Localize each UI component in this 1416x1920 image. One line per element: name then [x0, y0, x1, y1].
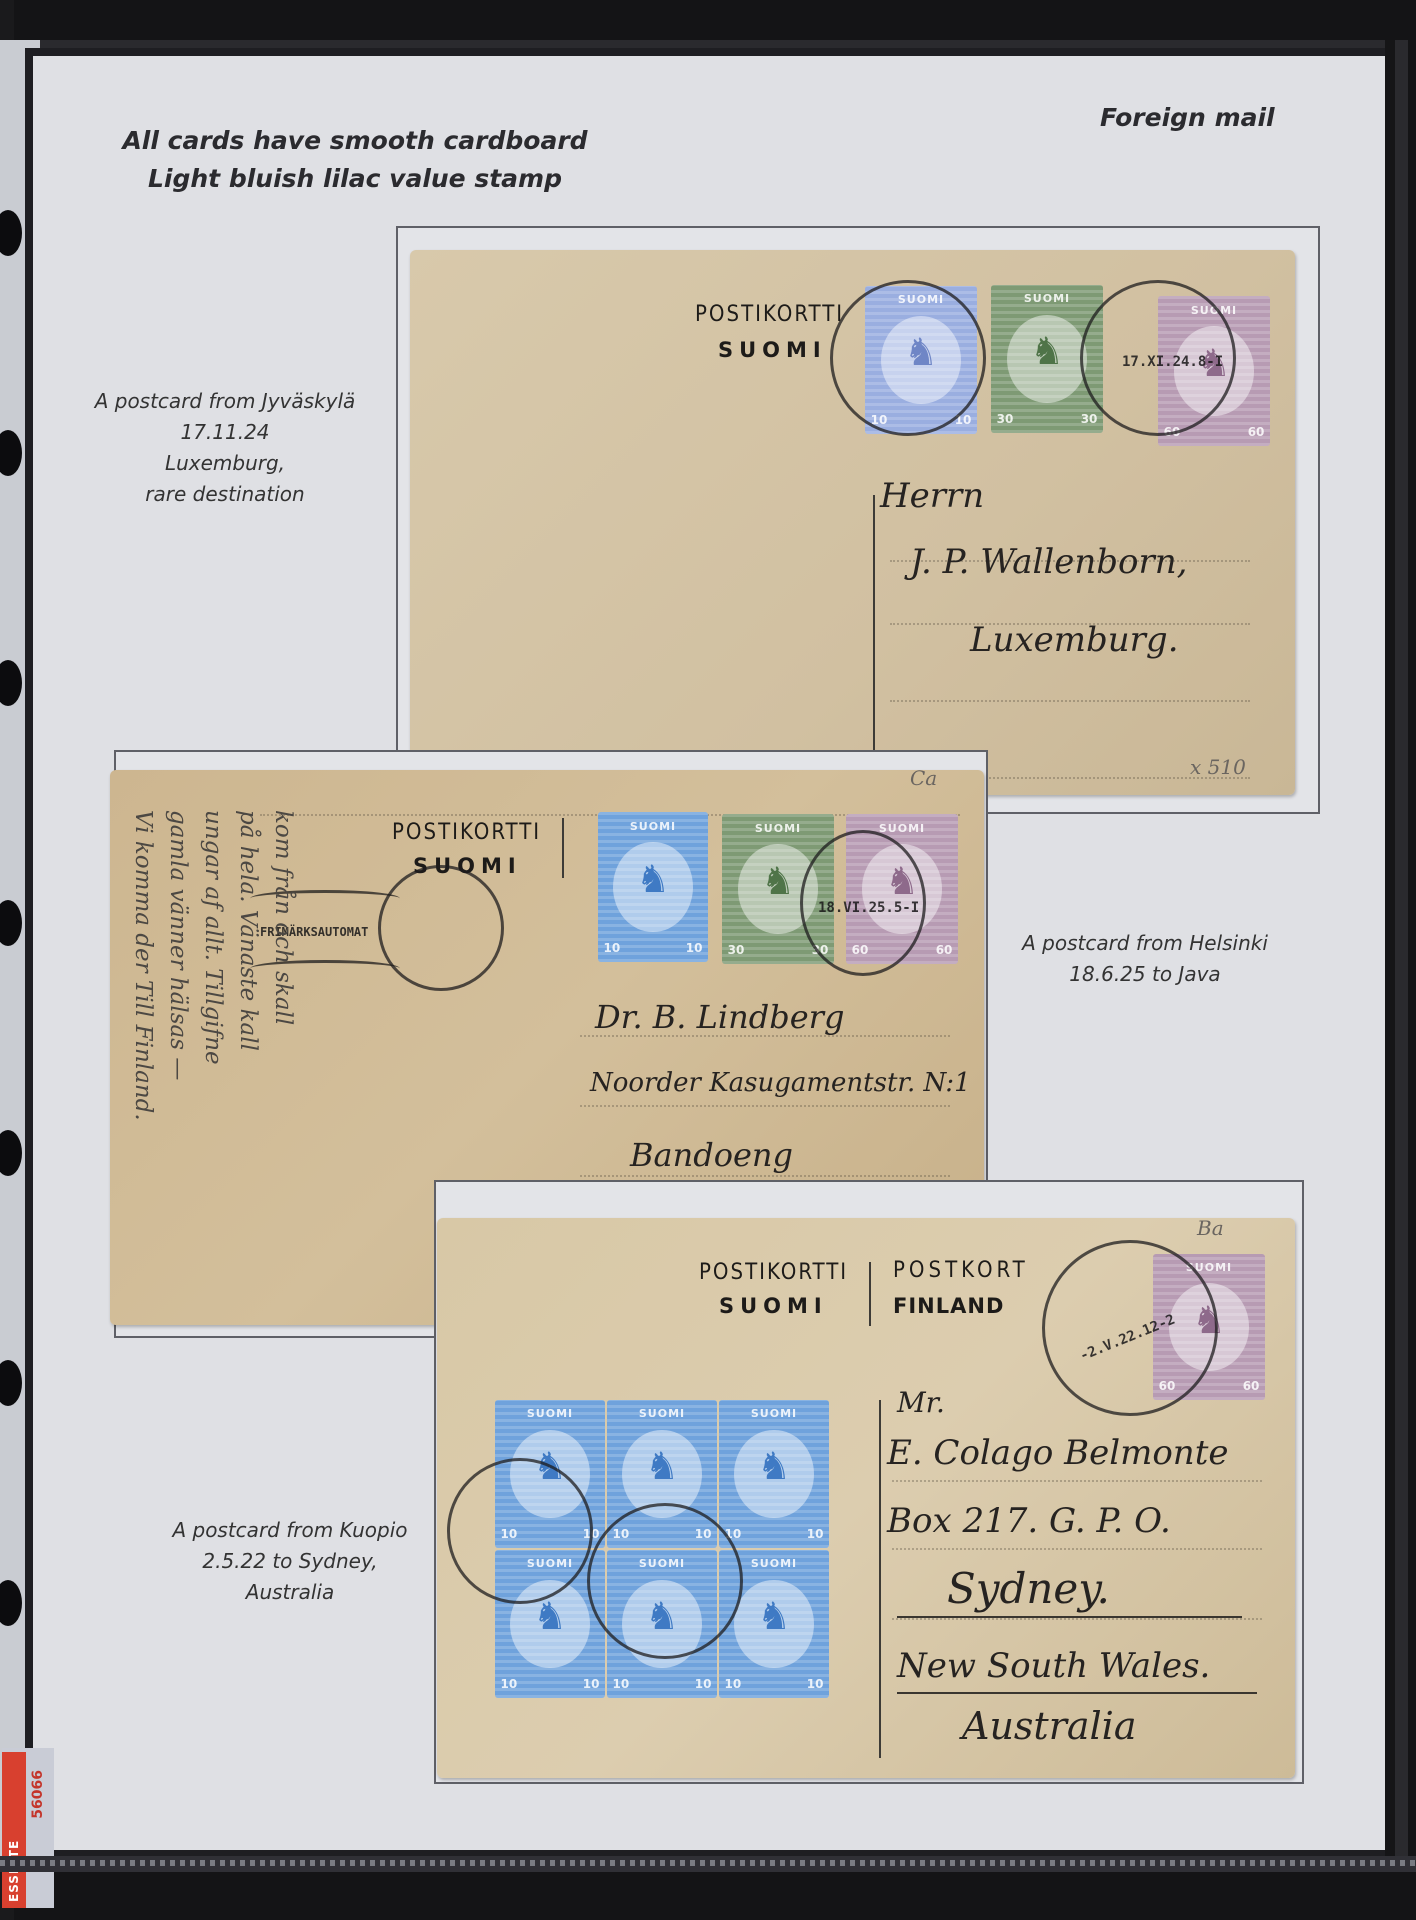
postmark: [378, 865, 504, 991]
postmark-date: 17.XI.24.8-I: [1122, 354, 1223, 370]
address-line: Noorder Kasugamentstr. N:1: [590, 1068, 971, 1098]
stamp-10: SUOMI ♞ 1010: [598, 812, 708, 962]
heading-line-1: All cards have smooth cardboard: [120, 122, 590, 160]
caption-line: A postcard from Jyväskylä: [70, 386, 380, 417]
punch-hole: [0, 210, 22, 256]
card-title: POSTIKORTTI: [695, 302, 844, 327]
caption-line: 17.11.24: [70, 417, 380, 448]
caption-jyvaskyla: A postcard from Jyväskylä 17.11.24 Luxem…: [70, 386, 380, 510]
address-line: Herrn: [880, 476, 984, 516]
postcard-kuopio: POSTIKORTTI SUOMI POSTKORT FINLAND SUOMI…: [437, 1218, 1295, 1778]
caption-line: A postcard from Kuopio: [150, 1515, 430, 1546]
punch-hole: [0, 660, 22, 706]
address-line: Dr. B. Lindberg: [595, 998, 844, 1036]
punch-hole: [0, 900, 22, 946]
lion-icon: ♞: [598, 860, 708, 898]
address-line: Luxemburg.: [970, 620, 1179, 660]
punch-holes: [0, 40, 24, 1870]
postmark: [587, 1503, 743, 1659]
divider-line: [873, 495, 875, 785]
postmark-date: 18.VI.25.5-I: [818, 900, 919, 916]
caption-kuopio: A postcard from Kuopio 2.5.22 to Sydney,…: [150, 1515, 430, 1608]
card-subtitle: SUOMI: [718, 338, 827, 362]
card-subtitle: SUOMI: [719, 1294, 828, 1318]
punch-hole: [0, 430, 22, 476]
punch-hole: [0, 1130, 22, 1176]
pencil-note: Ca: [910, 770, 937, 790]
caption-line: Luxemburg,: [70, 448, 380, 479]
postcard-jyvaskyla: POSTIKORTTI SUOMI SUOMI ♞ 1010 SUOMI ♞ 3…: [410, 250, 1295, 795]
address-line: Bandoeng: [630, 1136, 793, 1174]
pencil-note: Ba: [1197, 1218, 1224, 1240]
caption-line: rare destination: [70, 479, 380, 510]
handwritten-message: Vi komma der Till Finland.: [130, 810, 156, 1310]
caption-line: A postcard from Helsinki: [990, 928, 1300, 959]
page-heading: All cards have smooth cardboard Light bl…: [120, 122, 590, 198]
address-line: Mr.: [897, 1386, 945, 1419]
address-line: E. Colago Belmonte: [887, 1433, 1228, 1473]
stamp-10: SUOMI♞1010: [719, 1400, 829, 1548]
punch-hole: [0, 1580, 22, 1626]
heading-line-2: Light bluish lilac value stamp: [120, 160, 590, 198]
card-title: POSTIKORTTI: [699, 1260, 848, 1285]
address-line: J. P. Wallenborn,: [910, 542, 1187, 582]
postmark: [447, 1458, 593, 1604]
lion-icon: ♞: [719, 1447, 829, 1485]
brand-label: ESSELTE: [2, 1752, 26, 1908]
card-title: POSTIKORTTI: [392, 820, 541, 845]
lion-icon: ♞: [607, 1447, 717, 1485]
card-title-alt: POSTKORT: [893, 1258, 1029, 1283]
sleeve-edge: [1385, 40, 1395, 1860]
address-line: New South Wales.: [897, 1646, 1210, 1686]
caption-line: 18.6.25 to Java: [990, 959, 1300, 990]
caption-line: Australia: [150, 1577, 430, 1608]
punch-hole: [0, 1360, 22, 1406]
postmark: [830, 280, 986, 436]
address-line: Box 217. G. P. O.: [887, 1501, 1171, 1541]
caption-helsinki: A postcard from Helsinki 18.6.25 to Java: [990, 928, 1300, 990]
address-line: Sydney.: [947, 1564, 1110, 1613]
pencil-note: x 510: [1190, 755, 1246, 779]
divider-line: [879, 1400, 881, 1758]
sleeve-bottom-edge: [0, 1856, 1416, 1872]
product-code: 56066: [30, 1770, 46, 1819]
card-subtitle-alt: FINLAND: [893, 1294, 1004, 1318]
address-line: Australia: [962, 1704, 1136, 1748]
caption-line: 2.5.22 to Sydney,: [150, 1546, 430, 1577]
section-title: Foreign mail: [1100, 103, 1275, 132]
